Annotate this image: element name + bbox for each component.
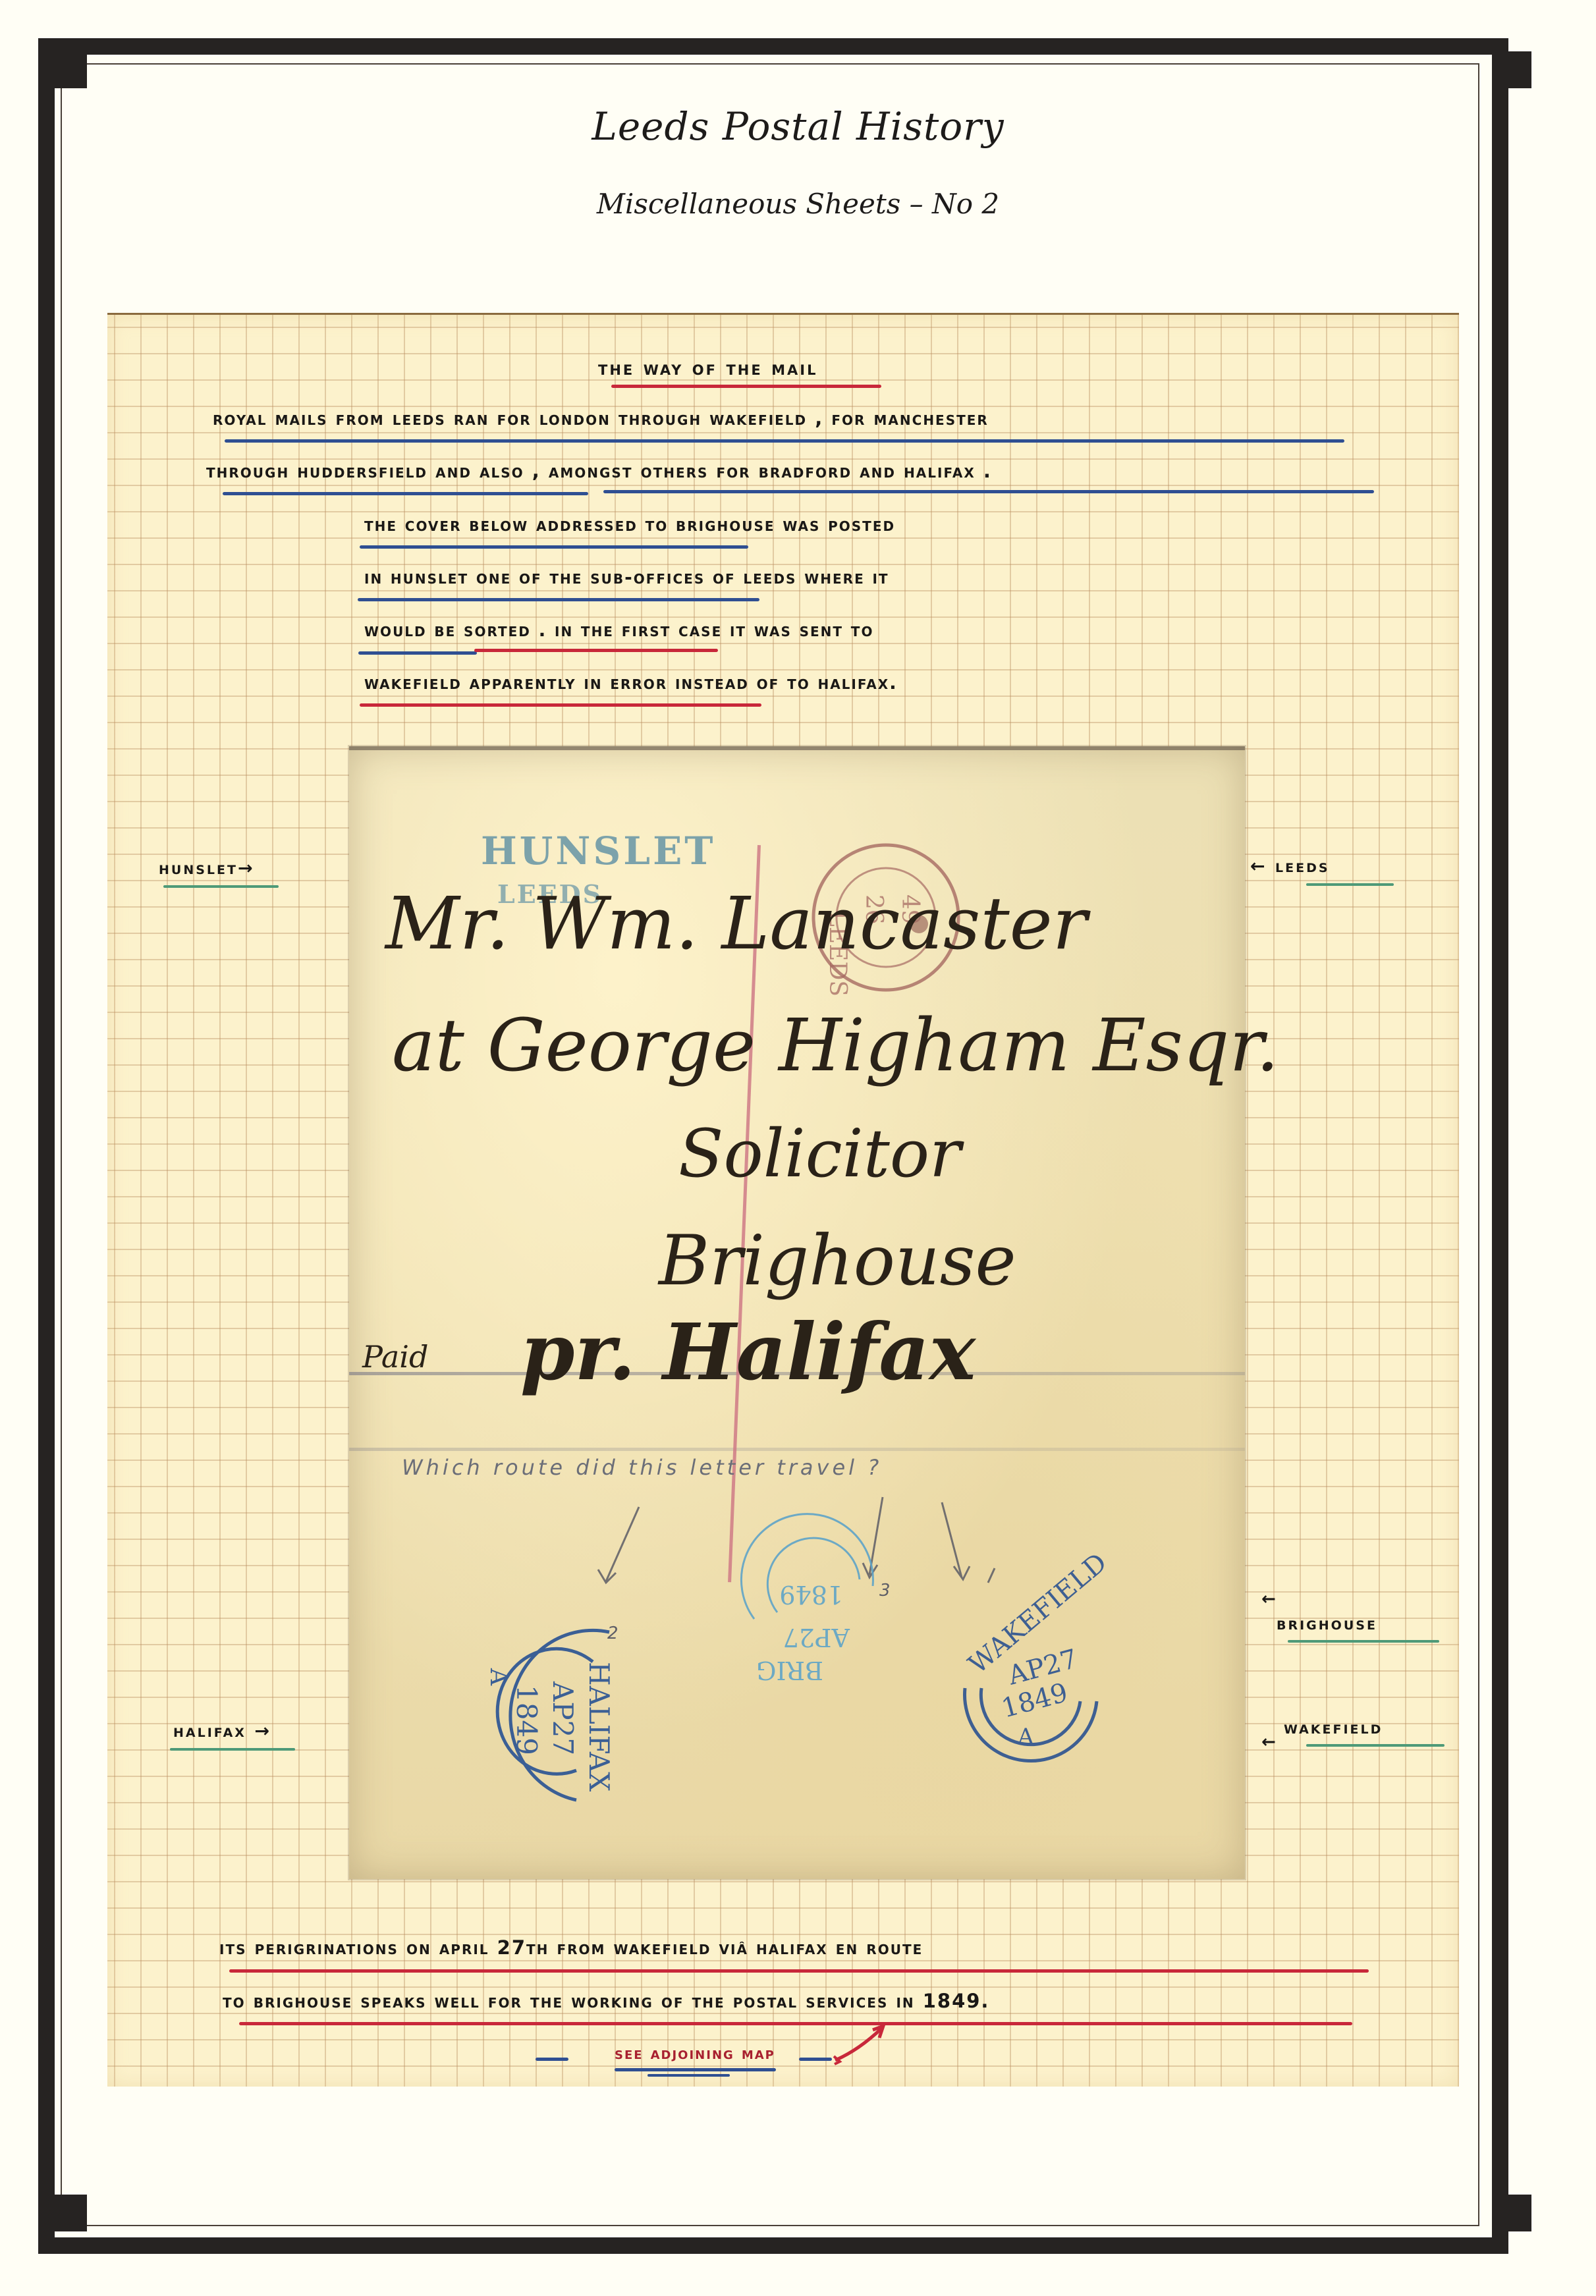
brighouse-postmark: 1849 AP27 BRIG <box>738 1514 896 1672</box>
body-underline-3a <box>358 651 477 655</box>
label-hunslet: Hunslet→ <box>159 858 255 879</box>
body-underline-4 <box>360 703 761 707</box>
svg-text:1849: 1849 <box>510 1685 543 1755</box>
map-dash-right <box>799 2058 832 2061</box>
body-line-1: The cover below addressed to Brighouse w… <box>364 514 895 535</box>
conclusion-line-1: Its perigrinations on April 27th from Wa… <box>219 1936 923 1959</box>
cover-letter: HUNSLET LEEDS LEEDS 26 49 Mr. Wm. Lancas… <box>349 746 1245 1879</box>
conclusion-line-2: to Brighouse speaks well for the working… <box>223 1990 989 2012</box>
intro-line-2: through Huddersfield and also , amongst … <box>206 460 992 482</box>
arrow-left-icon: ← <box>1250 856 1267 877</box>
body-line-2: in Hunslet one of the sub-offices of Lee… <box>364 566 889 588</box>
red-arrow-icon <box>832 2021 891 2067</box>
halifax-postmark: HALIFAX AP27 1849 A <box>478 1622 642 1807</box>
label-halifax: Halifax → <box>173 1721 271 1741</box>
intro-underline-2b <box>603 490 1374 493</box>
map-underline-1 <box>615 2068 776 2071</box>
frame-corner <box>50 51 87 88</box>
body-underline-3b <box>474 649 718 652</box>
body-line-4: Wakefield apparently in error instead of… <box>364 672 898 694</box>
arrow-left-icon: ← <box>1261 1589 1278 1609</box>
arrow-left-icon: ← <box>1261 1732 1278 1752</box>
brighouse-underline <box>1288 1640 1439 1643</box>
arrow-right-icon: → <box>254 1721 271 1741</box>
conclusion-underline-1 <box>229 1969 1369 1973</box>
body-line-3: would be sorted . In the first case it w… <box>364 619 873 641</box>
note-heading: The way of the Mail <box>598 357 817 380</box>
map-underline-2 <box>647 2074 730 2077</box>
body-underline-2 <box>358 598 759 601</box>
intro-underline-1 <box>225 439 1344 443</box>
page-subtitle: Miscellaneous Sheets – No 2 <box>0 188 1596 220</box>
svg-text:BRIG: BRIG <box>756 1656 823 1685</box>
svg-text:AP27: AP27 <box>547 1681 579 1755</box>
label-wakefield: Wakefield <box>1284 1718 1383 1738</box>
leeds-underline <box>1306 883 1394 886</box>
body-underline-1 <box>360 545 748 549</box>
wakefield-arrow: ← <box>1261 1732 1278 1752</box>
conclusion-underline-2 <box>239 2022 1352 2025</box>
wakefield-underline <box>1306 1744 1445 1747</box>
hunslet-underline <box>163 885 279 888</box>
see-map-link[interactable]: see adjoining Map <box>615 2044 775 2064</box>
intro-underline-2a <box>223 492 588 495</box>
frame-corner <box>50 2195 87 2231</box>
frame-corner <box>1495 51 1531 88</box>
wakefield-postmark: WAKEFIELD AP27 1849 A <box>942 1596 1113 1767</box>
halifax-underline <box>170 1748 295 1751</box>
frame-corner <box>1495 2195 1531 2231</box>
svg-text:A: A <box>1017 1724 1034 1750</box>
label-leeds: ← Leeds <box>1250 856 1330 877</box>
intro-line-1: Royal Mails from Leeds ran for London th… <box>213 407 989 429</box>
svg-text:AP27: AP27 <box>783 1623 850 1652</box>
page-title: Leeds Postal History <box>0 104 1596 149</box>
svg-text:HALIFAX: HALIFAX <box>583 1662 615 1791</box>
map-dash-left <box>536 2058 568 2061</box>
svg-text:A: A <box>485 1668 512 1686</box>
arrow-right-icon: → <box>238 858 255 879</box>
label-brighouse: Brighouse <box>1277 1614 1377 1634</box>
brighouse-arrow: ← <box>1261 1589 1278 1609</box>
svg-text:1849: 1849 <box>779 1580 843 1609</box>
svg-text:1849: 1849 <box>999 1678 1071 1724</box>
heading-underline <box>611 385 881 388</box>
